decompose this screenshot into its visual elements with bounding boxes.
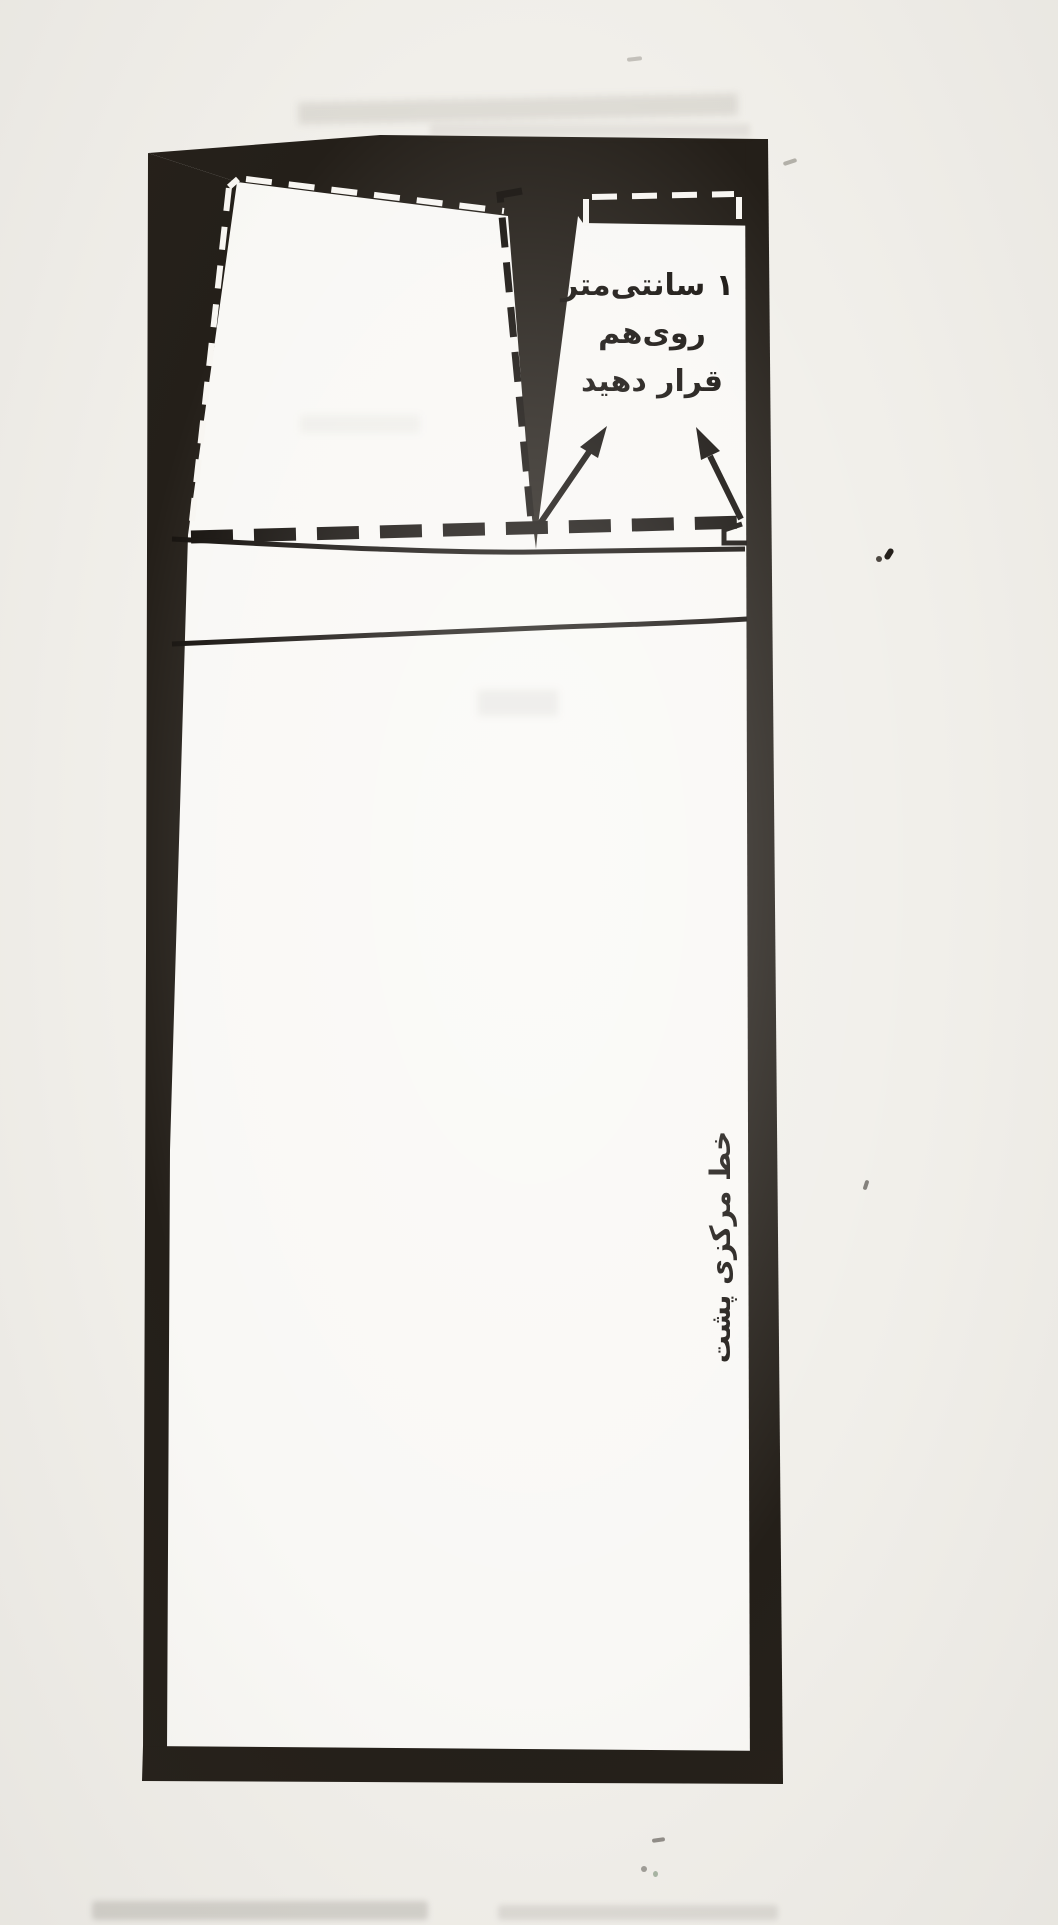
overlap-instruction-note: ۱ سانتی‌متر روی‌هم قرار دهید (570, 262, 734, 412)
overlap-note-line-3: قرار دهید (570, 358, 734, 406)
bottom-border-hem (142, 1746, 783, 1784)
right-border-center-back (745, 139, 783, 1783)
overlap-note-line-1: ۱ سانتی‌متر (570, 262, 734, 310)
scanned-book-page: ۱ سانتی‌متر روی‌هم قرار دهید خط مرکزی پش… (0, 0, 1058, 1925)
center-back-line-label: خط مرکزی پشت (702, 1112, 740, 1382)
skirt-back-pattern-diagram (0, 0, 1058, 1925)
overlap-note-line-2: روی‌هم (570, 310, 734, 358)
